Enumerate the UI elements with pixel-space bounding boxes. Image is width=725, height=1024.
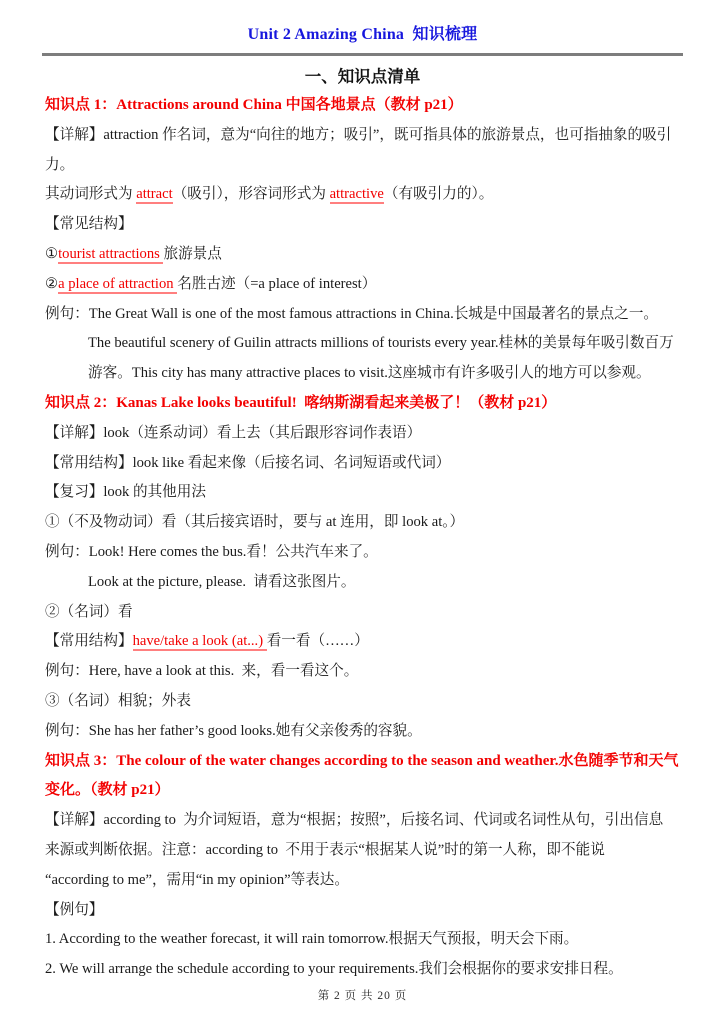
text-line: 【常见结构】 [45, 210, 680, 240]
text-segment: 例句：Look! Here comes the bus.看！公共汽车来了。 [45, 544, 378, 560]
text-line: The beautiful scenery of Guilin attracts… [45, 329, 680, 359]
text-line: 【详解】look（连系动词）看上去（其后跟形容词作表语） [45, 419, 680, 449]
highlighted-term: attractive [330, 186, 384, 204]
text-segment: 来源或判断依据。注意：according to 不用于表示“根据某人说”时的第一… [45, 842, 605, 858]
text-segment: 知识点 2：Kanas Lake looks beautiful! 喀纳斯湖看起… [45, 395, 556, 411]
text-segment: The beautiful scenery of Guilin attracts… [88, 335, 674, 351]
text-line: 例句：She has her father’s good looks.她有父亲俊… [45, 717, 680, 747]
text-segment: ①（不及物动词）看（其后接宾语时，要与 at 连用，即 look at。） [45, 514, 464, 530]
text-line: 来源或判断依据。注意：according to 不用于表示“根据某人说”时的第一… [45, 836, 680, 866]
document-content: 知识点 1：Attractions around China 中国各地景点（教材… [45, 91, 680, 985]
text-segment: 【详解】attraction 作名词，意为“向往的地方；吸引”，既可指具体的旅游… [45, 127, 671, 143]
text-line: ①（不及物动词）看（其后接宾语时，要与 at 连用，即 look at。） [45, 508, 680, 538]
highlighted-term: tourist attractions [58, 246, 163, 264]
text-line: 【复习】look 的其他用法 [45, 478, 680, 508]
text-segment: 【常见结构】 [45, 216, 133, 232]
text-segment: 【详解】according to 为介词短语，意为“根据；按照”，后接名词、代词… [45, 812, 663, 828]
text-line: ②a place of attraction 名胜古迹（=a place of … [45, 270, 680, 300]
text-line: 【常用结构】look like 看起来像（后接名词、名词短语或代词） [45, 449, 680, 479]
text-segment: 知识点 1：Attractions around China 中国各地景点（教材… [45, 97, 463, 113]
text-line: ②（名词）看 [45, 598, 680, 628]
text-line: 【详解】according to 为介词短语，意为“根据；按照”，后接名词、代词… [45, 806, 680, 836]
text-segment: ②（名词）看 [45, 604, 133, 620]
text-segment: ① [45, 246, 58, 262]
knowledge-point-heading: 知识点 1：Attractions around China 中国各地景点（教材… [45, 91, 680, 121]
text-segment: 【例句】 [45, 902, 103, 918]
text-line: 【例句】 [45, 896, 680, 926]
text-segment: 旅游景点 [163, 246, 221, 262]
highlighted-term: a place of attraction [58, 276, 177, 294]
text-line: ③（名词）相貌；外表 [45, 687, 680, 717]
text-segment: 变化。（教材 p21） [45, 782, 170, 798]
text-segment: 【常用结构】 [45, 633, 133, 649]
text-segment: （吸引），形容词形式为 [173, 186, 330, 202]
text-segment: 知识点 3：The colour of the water changes ac… [45, 753, 678, 769]
knowledge-point-heading: 知识点 3：The colour of the water changes ac… [45, 747, 680, 777]
document-title: Unit 2 Amazing China 知识梳理 [0, 0, 725, 44]
text-segment: 其动词形式为 [45, 186, 136, 202]
text-segment: 【详解】look（连系动词）看上去（其后跟形容词作表语） [45, 425, 421, 441]
highlighted-term: have/take a look (at...) [133, 633, 267, 651]
text-segment: “according to me”，需用“in my opinion”等表达。 [45, 872, 349, 888]
text-line: 例句：Look! Here comes the bus.看！公共汽车来了。 [45, 538, 680, 568]
text-line: 游客。This city has many attractive places … [45, 359, 680, 389]
text-segment: 名胜古迹（=a place of interest） [177, 276, 376, 292]
text-segment: ② [45, 276, 58, 292]
text-segment: （有吸引力的）。 [384, 186, 493, 202]
text-line: 【常用结构】have/take a look (at...) 看一看（……） [45, 627, 680, 657]
text-line: 例句：The Great Wall is one of the most fam… [45, 300, 680, 330]
section-heading: 一、知识点清单 [0, 56, 725, 87]
text-segment: 2. We will arrange the schedule accordin… [45, 961, 623, 977]
text-segment: 力。 [45, 157, 74, 173]
text-line: 1. According to the weather forecast, it… [45, 925, 680, 955]
text-segment: Look at the picture, please. 请看这张图片。 [88, 574, 356, 590]
text-line: ①tourist attractions 旅游景点 [45, 240, 680, 270]
text-line: “according to me”，需用“in my opinion”等表达。 [45, 866, 680, 896]
text-line: 例句：Here, have a look at this. 来，看一看这个。 [45, 657, 680, 687]
knowledge-point-heading: 知识点 2：Kanas Lake looks beautiful! 喀纳斯湖看起… [45, 389, 680, 419]
highlighted-term: attract [136, 186, 172, 204]
text-segment: 【常用结构】look like 看起来像（后接名词、名词短语或代词） [45, 455, 450, 471]
text-line: 其动词形式为 attract（吸引），形容词形式为 attractive（有吸引… [45, 180, 680, 210]
text-segment: ③（名词）相貌；外表 [45, 693, 191, 709]
text-segment: 例句：Here, have a look at this. 来，看一看这个。 [45, 663, 358, 679]
text-segment: 游客。This city has many attractive places … [88, 365, 651, 381]
text-segment: 看一看（……） [267, 633, 369, 649]
text-segment: 例句：The Great Wall is one of the most fam… [45, 306, 658, 322]
text-segment: 例句：She has her father’s good looks.她有父亲俊… [45, 723, 422, 739]
text-line: 【详解】attraction 作名词，意为“向往的地方；吸引”，既可指具体的旅游… [45, 121, 680, 151]
text-segment: 1. According to the weather forecast, it… [45, 931, 578, 947]
text-segment: 【复习】look 的其他用法 [45, 484, 206, 500]
text-line: 2. We will arrange the schedule accordin… [45, 955, 680, 985]
knowledge-point-heading: 变化。（教材 p21） [45, 776, 680, 806]
document-page: Unit 2 Amazing China 知识梳理 一、知识点清单 知识点 1：… [0, 0, 725, 1024]
page-number-footer: 第 2 页 共 20 页 [0, 987, 725, 1003]
text-line: 力。 [45, 151, 680, 181]
text-line: Look at the picture, please. 请看这张图片。 [45, 568, 680, 598]
